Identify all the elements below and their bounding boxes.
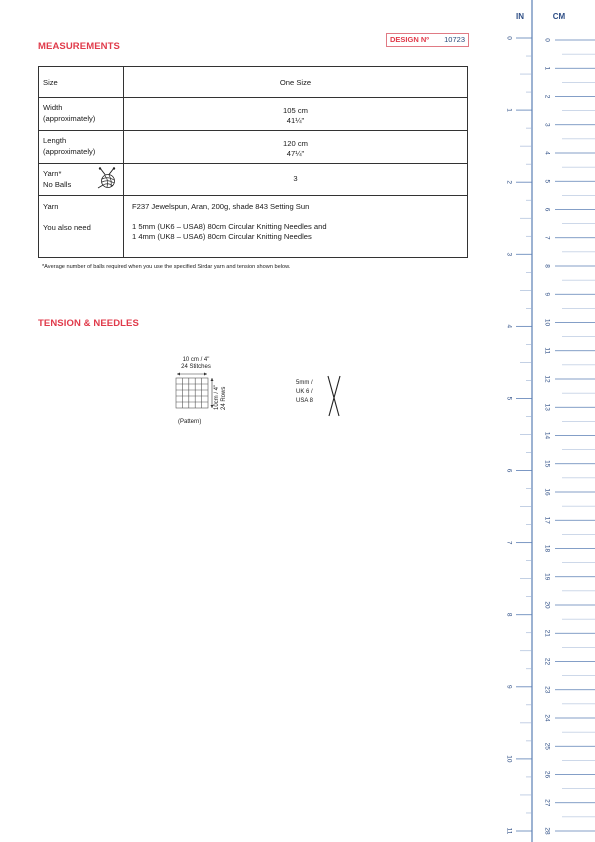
ruler: INCM012345678910110123456789101112131415… [490, 0, 595, 842]
row-label: Width [43, 103, 123, 114]
table-row: Size One Size [39, 67, 468, 98]
row-value: One Size [124, 78, 467, 88]
svg-text:26: 26 [543, 771, 550, 779]
svg-text:22: 22 [543, 658, 550, 666]
svg-text:3: 3 [543, 123, 550, 127]
svg-text:4: 4 [543, 151, 550, 155]
svg-text:28: 28 [543, 827, 550, 835]
svg-text:2: 2 [505, 180, 512, 184]
footnote: *Average number of balls required when y… [42, 264, 290, 270]
needle-usa: USA 8 [296, 397, 313, 406]
tension-rows: 24 Rows [221, 385, 228, 410]
svg-text:0: 0 [543, 38, 550, 42]
knitting-needles-icon [326, 374, 342, 418]
row-value-inches: 47¼" [124, 149, 467, 159]
svg-text:25: 25 [543, 743, 550, 751]
svg-text:11: 11 [543, 347, 550, 354]
svg-text:1: 1 [543, 66, 550, 70]
row-label-sub: (approximately) [43, 147, 123, 158]
svg-text:24: 24 [543, 714, 550, 722]
ruler-in-label: IN [516, 12, 524, 21]
svg-text:20: 20 [543, 601, 550, 609]
svg-text:2: 2 [543, 95, 550, 99]
yarn-ball-icon [97, 167, 117, 189]
svg-text:6: 6 [543, 208, 550, 212]
svg-text:15: 15 [543, 460, 550, 468]
svg-text:7: 7 [505, 541, 512, 545]
row-value: 120 cm [124, 139, 467, 149]
table-row: Yarn* No Balls 3 [39, 164, 468, 196]
svg-text:4: 4 [505, 325, 512, 329]
tension-heading: TENSION & NEEDLES [38, 318, 139, 329]
row-value: 3 [124, 174, 467, 184]
svg-text:11: 11 [505, 828, 512, 835]
needle-metric: 5mm / [296, 379, 313, 388]
svg-text:9: 9 [505, 685, 512, 689]
svg-text:5: 5 [543, 179, 550, 183]
svg-text:19: 19 [543, 573, 550, 581]
row-label-sub: (approximately) [43, 114, 123, 125]
needle-size: 5mm / UK 6 / USA 8 [290, 372, 350, 422]
svg-text:8: 8 [505, 613, 512, 617]
tension-height-label: 10cm / 4" [214, 385, 221, 410]
svg-text:16: 16 [543, 488, 550, 496]
svg-text:27: 27 [543, 799, 550, 807]
svg-text:10: 10 [543, 319, 550, 327]
tension-stitches: 24 Stitches [176, 364, 216, 371]
svg-text:23: 23 [543, 686, 550, 694]
svg-text:7: 7 [543, 236, 550, 240]
svg-text:1: 1 [505, 108, 512, 112]
design-label: DESIGN Nº [390, 35, 429, 44]
svg-text:14: 14 [543, 432, 550, 440]
also-need-item: 1 4mm (UK8 – USA6) 80cm Circular Knittin… [132, 232, 467, 242]
row-value: 105 cm [124, 106, 467, 116]
svg-text:3: 3 [505, 252, 512, 256]
also-need-label: You also need [43, 223, 123, 234]
also-need-item: 1 5mm (UK6 – USA8) 80cm Circular Knittin… [132, 222, 467, 232]
yarn-label: Yarn [43, 202, 123, 213]
table-row: Yarn You also need F237 Jewelspun, Aran,… [39, 196, 468, 258]
svg-text:6: 6 [505, 469, 512, 473]
row-label: Length [43, 136, 123, 147]
svg-text:9: 9 [543, 292, 550, 296]
svg-text:12: 12 [543, 375, 550, 383]
svg-text:18: 18 [543, 545, 550, 553]
svg-text:17: 17 [543, 517, 550, 525]
measurements-table: Size One Size Width (approximately) 105 … [38, 66, 468, 258]
tension-diagram: 10 cm / 4" 24 Stitches 10cm / 4" 24 Rows… [170, 357, 260, 437]
yarn-value: F237 Jewelspun, Aran, 200g, shade 843 Se… [132, 202, 467, 212]
design-number-box: DESIGN Nº 10723 [386, 33, 469, 47]
svg-text:13: 13 [543, 404, 550, 412]
svg-text:0: 0 [505, 36, 512, 40]
measurements-heading: MEASUREMENTS [38, 41, 120, 52]
table-row: Width (approximately) 105 cm 41¼" [39, 98, 468, 131]
row-value-inches: 41¼" [124, 116, 467, 126]
design-number: 10723 [444, 35, 465, 44]
row-label: Size [43, 78, 123, 89]
svg-text:8: 8 [543, 264, 550, 268]
table-row: Length (approximately) 120 cm 47¼" [39, 131, 468, 164]
tension-width-label: 10 cm / 4" [176, 357, 216, 364]
svg-text:10: 10 [505, 755, 512, 763]
svg-text:5: 5 [505, 397, 512, 401]
needle-uk: UK 6 / [296, 388, 313, 397]
tension-pattern-label: (Pattern) [178, 419, 201, 425]
ruler-cm-label: CM [553, 12, 566, 21]
svg-text:21: 21 [543, 630, 550, 638]
